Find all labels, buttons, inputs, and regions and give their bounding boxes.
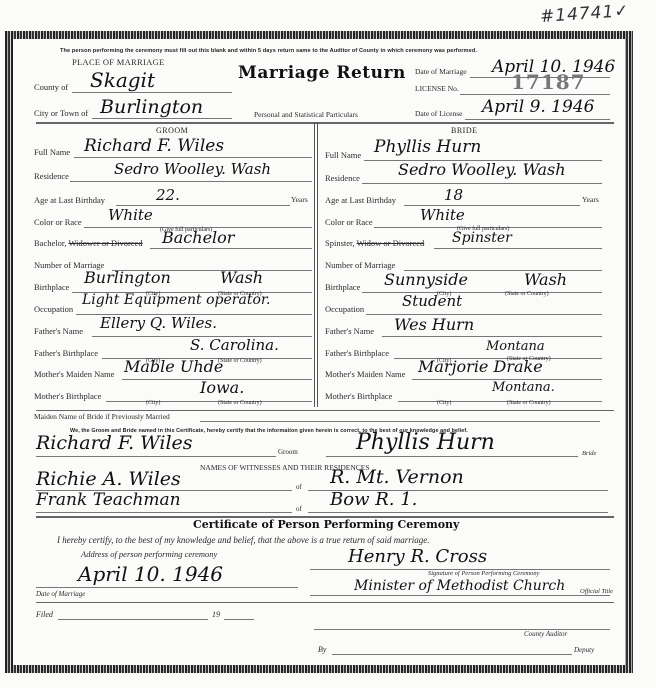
groom-fathers-name-label: Father's Name: [34, 326, 83, 336]
groom-mothers-maiden-name-label: Mother's Maiden Name: [34, 369, 114, 379]
county-label: County of: [34, 82, 68, 92]
bride-mothers-birthplace-state-hint: (State or Country): [507, 400, 551, 406]
groom-fathers-birthplace-state[interactable]: S. Carolina.: [190, 336, 279, 354]
witness-2-name[interactable]: Frank Teachman: [36, 490, 181, 510]
document-title: Marriage Return: [238, 63, 406, 83]
groom-occupation-label: Occupation: [34, 304, 73, 314]
bride-fathers-birthplace-label: Father's Birthplace: [325, 348, 389, 358]
maiden-name-prev-label: Maiden Name of Bride if Previously Marri…: [34, 412, 170, 421]
officiant-signature-label: Signature of Person Performing Ceremony: [428, 570, 539, 577]
groom-occupation[interactable]: Light Equipment operator.: [82, 292, 271, 308]
certificate-title: Certificate of Person Performing Ceremon…: [193, 518, 459, 531]
groom-status-label: Bachelor,: [34, 238, 68, 248]
bride-residence-label: Residence: [325, 173, 360, 183]
county-value[interactable]: Skagit: [90, 68, 155, 92]
bride-mothers-birthplace-label: Mother's Birthplace: [325, 391, 392, 401]
instructions-notice: The person performing the ceremony must …: [60, 48, 477, 54]
groom-color-race[interactable]: White: [108, 206, 153, 224]
official-title-label: Official Title: [580, 588, 613, 595]
date-of-marriage-label: Date of Marriage: [415, 67, 467, 76]
document-subtitle: Personal and Statistical Particulars: [254, 110, 358, 119]
bride-number-of-marriage-label: Number of Marriage: [325, 260, 395, 270]
groom-fathers-name[interactable]: Ellery Q. Wiles.: [100, 314, 217, 332]
bride-mothers-birthplace-city-hint: (City): [437, 400, 451, 406]
bride-fathers-name-label: Father's Name: [325, 326, 374, 336]
bride-fathers-birthplace-state[interactable]: Montana: [486, 339, 545, 354]
groom-full-name-label: Full Name: [34, 147, 70, 157]
bride-age[interactable]: 18: [444, 186, 463, 204]
bride-mothers-birthplace-state[interactable]: Montana.: [492, 380, 555, 395]
bride-color-race[interactable]: White: [420, 206, 465, 224]
certificate-statement: I hereby certify, to the best of my know…: [57, 535, 430, 545]
license-number-value[interactable]: 17187: [511, 70, 586, 94]
bride-signature-label: Bride: [582, 450, 596, 457]
bride-residence[interactable]: Sedro Woolley. Wash: [398, 160, 566, 179]
bride-occupation-label: Occupation: [325, 304, 364, 314]
bride-status-label: Spinster,: [325, 238, 357, 248]
groom-mothers-birthplace-city-hint: (City): [146, 400, 160, 406]
bride-birthplace-state-hint: (State or Country): [505, 291, 549, 297]
groom-mothers-birthplace-state-hint: (State or Country): [218, 400, 262, 406]
witness-1-residence[interactable]: R. Mt. Vernon: [330, 466, 464, 488]
witness-2-of-label: of: [296, 505, 302, 513]
place-of-marriage-label: PLACE OF MARRIAGE: [72, 57, 164, 67]
groom-years-label: Years: [291, 195, 308, 204]
bride-heading: BRIDE: [451, 126, 478, 135]
groom-heading: GROOM: [156, 126, 188, 135]
groom-marital-status[interactable]: Bachelor: [162, 228, 234, 247]
date-of-license-value[interactable]: April 9. 1946: [482, 97, 594, 117]
bride-mothers-maiden-name[interactable]: Marjorie Drake: [418, 357, 543, 376]
bride-full-name-label: Full Name: [325, 150, 361, 160]
groom-signature[interactable]: Richard F. Wiles: [36, 432, 193, 454]
officiant-official-title[interactable]: Minister of Methodist Church: [354, 578, 565, 594]
column-divider: [314, 122, 318, 407]
groom-mothers-birthplace-state[interactable]: Iowa.: [200, 378, 244, 397]
certificate-date-of-marriage[interactable]: April 10. 1946: [78, 562, 223, 586]
groom-mothers-maiden-name[interactable]: Mable Uhde: [124, 357, 223, 376]
certificate-date-of-marriage-label: Date of Marriage: [36, 590, 85, 598]
bride-status-struck: Widow or Divorced: [357, 238, 425, 248]
date-of-license-label: Date of License: [415, 109, 462, 118]
groom-birthplace-label: Birthplace: [34, 282, 69, 292]
deputy-label: Deputy: [574, 646, 594, 654]
bride-birthplace-label: Birthplace: [325, 282, 360, 292]
witness-1-name[interactable]: Richie A. Wiles: [36, 468, 181, 490]
filed-label: Filed: [36, 610, 53, 619]
bride-marital-status[interactable]: Spinster: [452, 230, 512, 246]
groom-age[interactable]: 22.: [156, 186, 180, 204]
witness-2-residence[interactable]: Bow R. 1.: [330, 489, 417, 510]
groom-residence[interactable]: Sedro Woolley. Wash: [114, 160, 271, 178]
address-label: Address of person performing ceremony: [81, 549, 217, 559]
groom-birthplace-state[interactable]: Wash: [220, 268, 263, 287]
groom-status-struck: Widower or Divorced: [68, 238, 142, 248]
bride-signature[interactable]: Phyllis Hurn: [356, 430, 495, 455]
bride-mothers-maiden-name-label: Mother's Maiden Name: [325, 369, 405, 379]
city-label: City or Town of: [34, 108, 88, 118]
groom-fathers-birthplace-label: Father's Birthplace: [34, 348, 98, 358]
witness-1-of-label: of: [296, 483, 302, 491]
groom-fathers-birthplace-state-hint: (State or Country): [218, 358, 262, 364]
by-label: By: [318, 645, 326, 654]
bride-full-name[interactable]: Phyllis Hurn: [374, 137, 481, 157]
groom-age-label: Age at Last Birthday: [34, 195, 105, 205]
groom-color-race-label: Color or Race: [34, 217, 82, 227]
county-auditor-label: County Auditor: [524, 630, 567, 638]
license-number-label: LICENSE No.: [415, 84, 459, 93]
bride-birthplace-city[interactable]: Sunnyside: [384, 270, 468, 289]
bride-age-label: Age at Last Birthday: [325, 195, 396, 205]
bride-birthplace-state[interactable]: Wash: [524, 270, 567, 289]
groom-full-name[interactable]: Richard F. Wiles: [84, 136, 224, 156]
groom-signature-label: Groom: [278, 448, 298, 456]
filed-year-prefix: 19: [212, 610, 220, 619]
city-value[interactable]: Burlington: [100, 96, 203, 118]
bride-occupation[interactable]: Student: [402, 292, 462, 310]
groom-residence-label: Residence: [34, 171, 69, 181]
groom-birthplace-city[interactable]: Burlington: [84, 268, 171, 287]
bride-color-race-label: Color or Race: [325, 217, 373, 227]
reference-number: #14741✓: [539, 1, 630, 27]
officiant-signature[interactable]: Henry R. Cross: [348, 546, 487, 567]
bride-years-label: Years: [582, 195, 599, 204]
groom-mothers-birthplace-label: Mother's Birthplace: [34, 391, 101, 401]
bride-fathers-name[interactable]: Wes Hurn: [394, 315, 474, 334]
